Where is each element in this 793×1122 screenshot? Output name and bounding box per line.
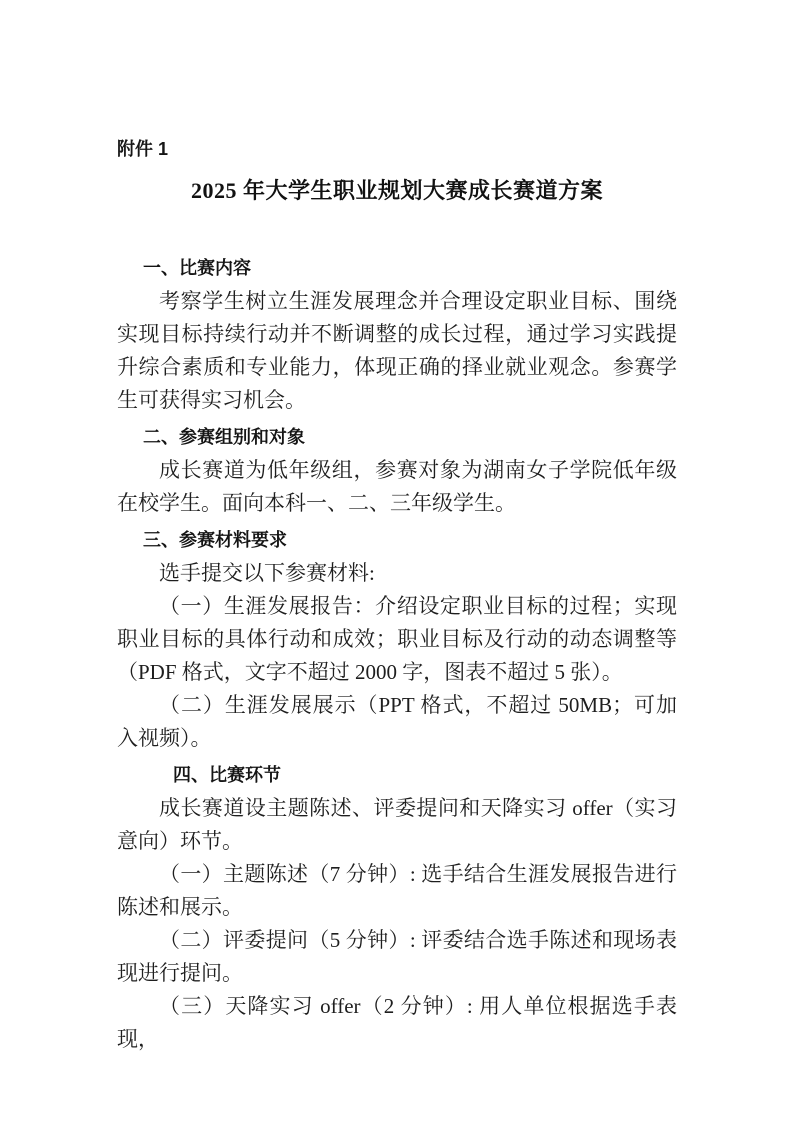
section-4-heading: 四、比赛环节: [117, 759, 677, 792]
section-3-paragraph-intro: 选手提交以下参赛材料:: [117, 557, 677, 590]
section-3-paragraph-item-1: （一）生涯发展报告：介绍设定职业目标的过程；实现职业目标的具体行动和成效；职业目…: [117, 590, 677, 689]
section-4-paragraph-intro: 成长赛道设主题陈述、评委提问和天降实习 offer（实习意向）环节。: [117, 792, 677, 858]
section-4-paragraph-item-3: （三）天降实习 offer（2 分钟）: 用人单位根据选手表现，: [117, 990, 677, 1056]
section-competition-stages: 四、比赛环节 成长赛道设主题陈述、评委提问和天降实习 offer（实习意向）环节…: [117, 759, 677, 1056]
section-material-requirements: 三、参赛材料要求 选手提交以下参赛材料: （一）生涯发展报告：介绍设定职业目标的…: [117, 524, 677, 755]
section-3-heading: 三、参赛材料要求: [117, 524, 677, 557]
document-body: 一、比赛内容 考察学生树立生涯发展理念并合理设定职业目标、围绕实现目标持续行动并…: [117, 252, 677, 1056]
section-1-paragraph: 考察学生树立生涯发展理念并合理设定职业目标、围绕实现目标持续行动并不断调整的成长…: [117, 285, 677, 417]
section-4-paragraph-item-1: （一）主题陈述（7 分钟）: 选手结合生涯发展报告进行陈述和展示。: [117, 858, 677, 924]
section-3-paragraph-item-2: （二）生涯发展展示（PPT 格式，不超过 50MB；可加入视频）。: [117, 689, 677, 755]
attachment-label: 附件 1: [117, 136, 677, 162]
document-page: 附件 1 2025 年大学生职业规划大赛成长赛道方案 一、比赛内容 考察学生树立…: [0, 0, 793, 1122]
section-competition-content: 一、比赛内容 考察学生树立生涯发展理念并合理设定职业目标、围绕实现目标持续行动并…: [117, 252, 677, 417]
document-title: 2025 年大学生职业规划大赛成长赛道方案: [117, 174, 677, 208]
section-1-heading: 一、比赛内容: [117, 252, 677, 285]
section-2-paragraph: 成长赛道为低年级组，参赛对象为湖南女子学院低年级在校学生。面向本科一、二、三年级…: [117, 454, 677, 520]
section-groups-and-targets: 二、参赛组别和对象 成长赛道为低年级组，参赛对象为湖南女子学院低年级在校学生。面…: [117, 421, 677, 520]
section-2-heading: 二、参赛组别和对象: [117, 421, 677, 454]
section-4-paragraph-item-2: （二）评委提问（5 分钟）: 评委结合选手陈述和现场表现进行提问。: [117, 924, 677, 990]
